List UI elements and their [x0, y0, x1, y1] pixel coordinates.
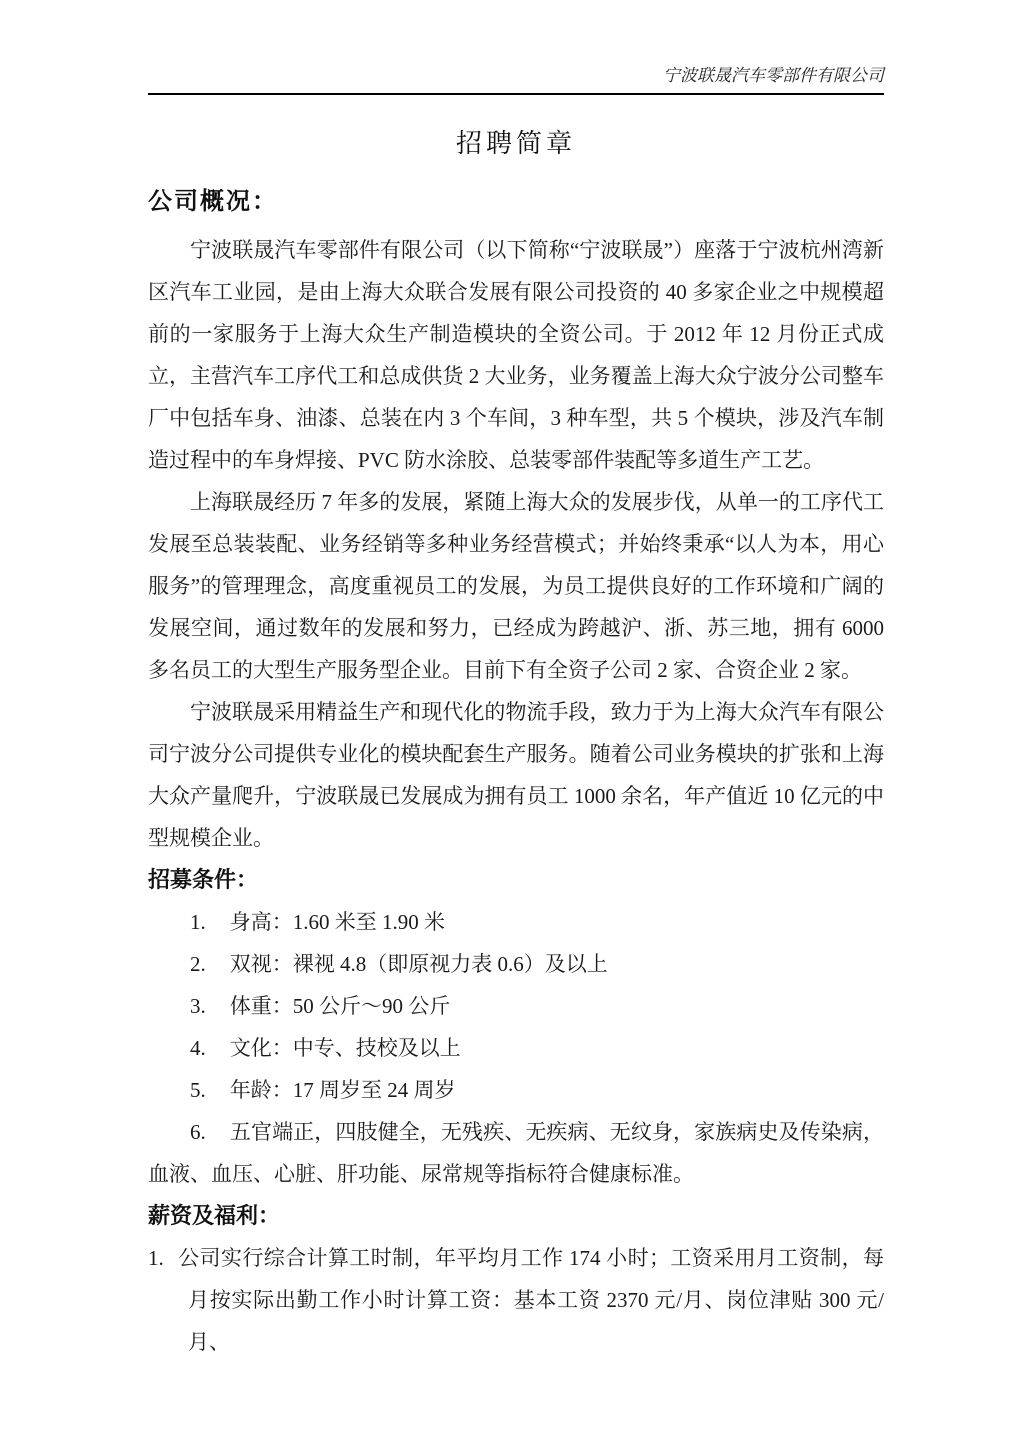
recruitment-item-6-number: 6. [190, 1120, 206, 1144]
salary-item-1: 1.公司实行综合计算工时制，年平均月工作 174 小时；工资采用月工资制，每月按… [148, 1237, 884, 1363]
header-divider [148, 93, 884, 95]
recruitment-item-3-number: 3. [190, 994, 206, 1018]
page-header: 宁波联晟汽车零部件有限公司 [148, 0, 884, 88]
overview-paragraph-1: 宁波联晟汽车零部件有限公司（以下简称“宁波联晟”）座落于宁波杭州湾新区汽车工业园… [148, 229, 884, 481]
recruitment-item-2-text: 双视：裸视 4.8（即原视力表 0.6）及以上 [230, 952, 608, 976]
recruitment-item-1: 1.身高：1.60 米至 1.90 米 [148, 901, 884, 943]
recruitment-item-4: 4.文化：中专、技校及以上 [148, 1027, 884, 1069]
recruitment-item-5-text: 年龄：17 周岁至 24 周岁 [230, 1078, 456, 1102]
recruitment-item-1-number: 1. [190, 910, 206, 934]
recruitment-item-4-number: 4. [190, 1036, 206, 1060]
recruitment-item-1-text: 身高：1.60 米至 1.90 米 [230, 910, 445, 934]
overview-paragraph-2: 上海联晟经历 7 年多的发展，紧随上海大众的发展步伐，从单一的工序代工发展至总装… [148, 481, 884, 691]
recruitment-item-4-text: 文化：中专、技校及以上 [230, 1036, 461, 1060]
header-company-name: 宁波联晟汽车零部件有限公司 [663, 66, 884, 85]
recruitment-item-2-number: 2. [190, 952, 206, 976]
document-page: 宁波联晟汽车零部件有限公司 招聘简章 公司概况： 宁波联晟汽车零部件有限公司（以… [0, 0, 1024, 1448]
document-title: 招聘简章 [148, 127, 884, 161]
recruitment-item-2: 2.双视：裸视 4.8（即原视力表 0.6）及以上 [148, 943, 884, 985]
recruitment-item-3: 3.体重：50 公斤～90 公斤 [148, 985, 884, 1027]
overview-paragraph-3: 宁波联晟采用精益生产和现代化的物流手段，致力于为上海大众汽车有限公司宁波分公司提… [148, 691, 884, 859]
document-content: 宁波联晟汽车零部件有限公司 招聘简章 公司概况： 宁波联晟汽车零部件有限公司（以… [148, 0, 884, 1363]
recruitment-item-3-text: 体重：50 公斤～90 公斤 [230, 994, 451, 1018]
salary-item-1-text: 公司实行综合计算工时制，年平均月工作 174 小时；工资采用月工资制，每月按实际… [178, 1246, 884, 1354]
recruitment-item-6-text: 五官端正，四肢健全，无残疾、无疾病、无纹身，家族病史及传染病，血液、血压、心脏、… [148, 1120, 884, 1186]
section-heading-company-overview: 公司概况： [148, 185, 884, 219]
section-heading-salary: 薪资及福利： [148, 1195, 884, 1237]
recruitment-item-5-number: 5. [190, 1078, 206, 1102]
recruitment-item-5: 5.年龄：17 周岁至 24 周岁 [148, 1069, 884, 1111]
section-heading-recruitment: 招募条件： [148, 859, 884, 901]
salary-item-1-number: 1. [148, 1246, 164, 1270]
recruitment-item-6: 6.五官端正，四肢健全，无残疾、无疾病、无纹身，家族病史及传染病，血液、血压、心… [148, 1111, 884, 1195]
